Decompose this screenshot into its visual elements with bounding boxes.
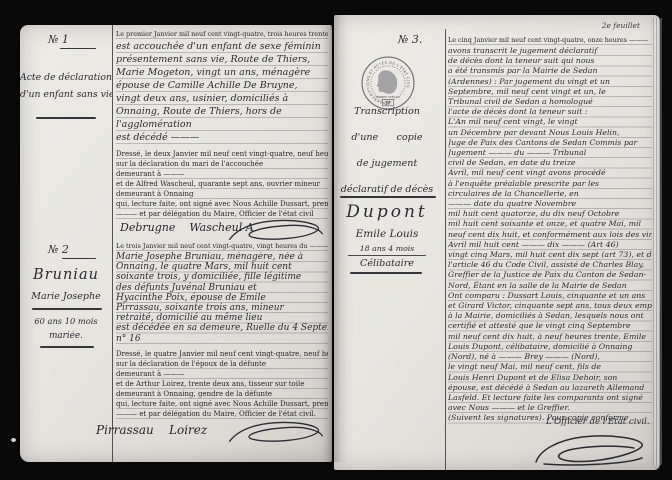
act3-margin-name: Dupont xyxy=(334,202,440,222)
act2-number: № 2 xyxy=(48,243,69,256)
act2-witness-signatures: Pirrassau Loirez xyxy=(96,423,207,437)
act1-margin-title: Acte de déclaration d'un enfant sans vie xyxy=(20,69,112,103)
act3-margin-age: 18 ans 4 mois xyxy=(334,244,440,253)
act3-margin-underline-2 xyxy=(348,255,426,256)
act3-margin-underline-3 xyxy=(350,272,422,274)
act3-closing-line: L'Officier de l'État civil. xyxy=(546,417,658,427)
act1-number-underline xyxy=(60,48,96,49)
act1-opening-line: Le premier Janvier mil neuf cent vingt-q… xyxy=(116,29,328,40)
act2-body-text: Marie Josephe Bruniau, ménagère, née à O… xyxy=(116,252,328,345)
act2-margin-firstnames: Marie Josephe xyxy=(20,291,112,302)
right-page: 2e feuillet № 3. TRANSCRIPTIONS ET ACTES… xyxy=(334,15,660,470)
act1-margin-underline xyxy=(36,117,96,119)
left-page: № 1 Acte de déclaration d'un enfant sans… xyxy=(20,25,332,462)
scan-artifact xyxy=(11,438,16,442)
act2-opening-line: Le trois Janvier mil neuf cent vingt-qua… xyxy=(116,241,328,252)
act1-body-text: est accouchée d'un enfant de sexe fémini… xyxy=(116,40,328,146)
marianne-head-icon xyxy=(377,70,398,94)
act3-margin-status: Célibataire xyxy=(334,258,440,269)
act3-margin-underline-1 xyxy=(340,196,436,198)
act2-number-underline xyxy=(62,258,96,259)
page-stack-edges xyxy=(653,18,662,465)
register-scan: № 1 Acte de déclaration d'un enfant sans… xyxy=(0,0,672,480)
act3-opening-line: Le cinq Janvier mil neuf cent vingt-quat… xyxy=(448,35,652,46)
act1-number: № 1 xyxy=(48,33,69,46)
folio-label: 2e feuillet xyxy=(602,21,640,30)
act2-margin-age: 60 ans 10 mois xyxy=(20,316,112,326)
act2-dresse-text: Dressé, le quatre Janvier mil neuf cent … xyxy=(116,349,328,420)
right-margin-rule xyxy=(445,29,446,470)
act3-margin-title: Transcription d'une copie de jugement dé… xyxy=(334,99,440,203)
act2-officer-signature-flourish xyxy=(224,417,326,449)
binding-gutter-shadow xyxy=(322,15,348,462)
act1-dresse-text: Dressé, le deux Janvier mil neuf cent vi… xyxy=(116,149,328,220)
act2-margin-status: mariée. xyxy=(20,331,112,341)
act2-margin-underline-1 xyxy=(32,308,102,310)
left-margin-rule xyxy=(112,25,113,462)
act3-body-text: avons transcrit le jugement déclaratif d… xyxy=(448,46,652,424)
act2-margin-name: Bruniau xyxy=(20,267,112,283)
act3-officer-signature-flourish xyxy=(530,431,650,469)
act3-margin-firstnames: Emile Louis xyxy=(334,228,440,240)
act2-margin-underline-2 xyxy=(40,346,94,348)
act3-number: № 3. xyxy=(398,33,422,46)
